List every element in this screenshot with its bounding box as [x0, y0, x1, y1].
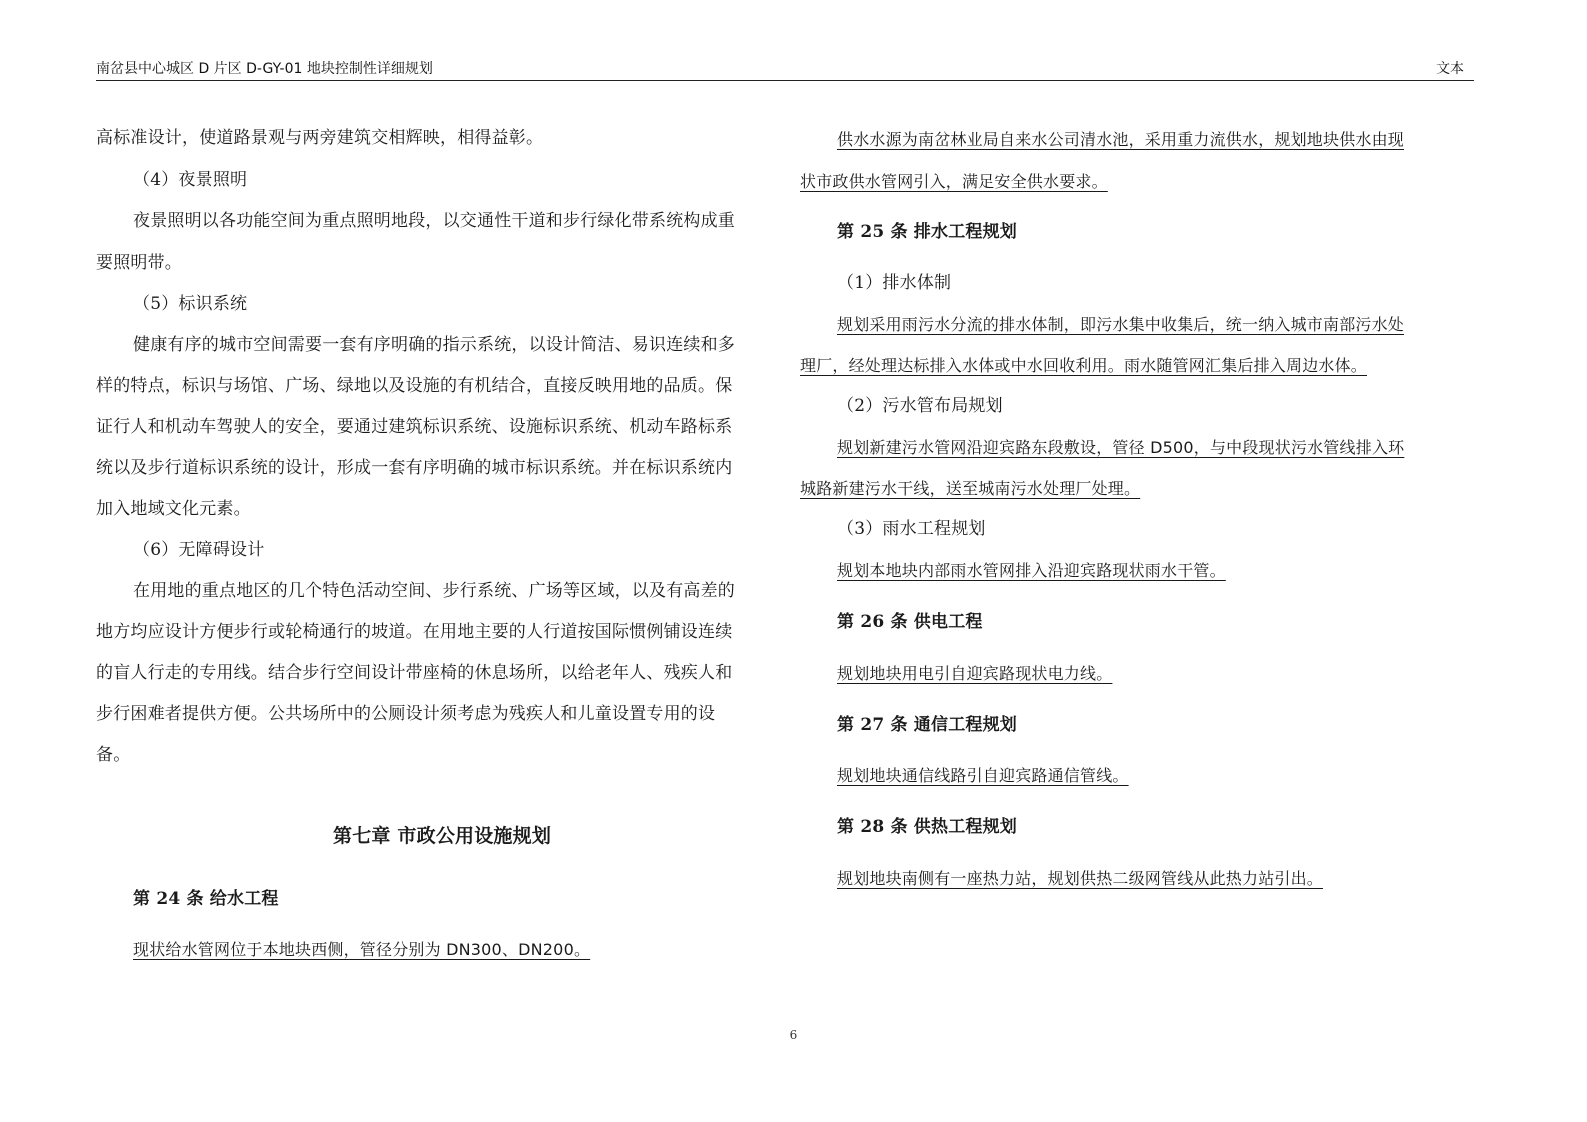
water-source-line: 状市政供水管网引入，满足安全供水要求。 — [800, 170, 1108, 194]
article-25-heading: 第 25 条 排水工程规划 — [837, 220, 1017, 244]
paragraph-line: 证行人和机动车驾驶人的安全，要通过建筑标识系统、设施标识系统、机动车路标系 — [96, 415, 732, 439]
page-header: 南岔县中心城区 D 片区 D-GY-01 地块控制性详细规划 文本 — [96, 56, 1474, 81]
article-26-text: 规划地块用电引自迎宾路现状电力线。 — [837, 662, 1112, 686]
article-26-heading: 第 26 条 供电工程 — [837, 610, 983, 634]
sewage-layout-line: 城路新建污水干线，送至城南污水处理厂处理。 — [800, 477, 1140, 501]
paragraph-line: 的盲人行走的专用线。结合步行空间设计带座椅的休息场所，以给老年人、残疾人和 — [96, 661, 732, 685]
paragraph-line: 在用地的重点地区的几个特色活动空间、步行系统、广场等区域，以及有高差的 — [96, 579, 735, 603]
subheading-accessibility-design: （6）无障碍设计 — [96, 538, 264, 562]
paragraph-line: 要照明带。 — [96, 251, 182, 275]
article-28-text: 规划地块南侧有一座热力站，规划供热二级网管线从此热力站引出。 — [837, 867, 1323, 891]
drainage-system-line: 理厂，经处理达标排入水体或中水回收利用。雨水随管网汇集后排入周边水体。 — [800, 354, 1367, 378]
article-24-text: 现状给水管网位于本地块西侧，管径分别为 DN300、DN200。 — [133, 938, 590, 962]
paragraph-line: 加入地域文化元素。 — [96, 497, 251, 521]
paragraph-line: 统以及步行道标识系统的设计，形成一套有序明确的城市标识系统。并在标识系统内 — [96, 456, 732, 480]
document-section-label: 文本 — [1436, 58, 1464, 78]
article-27-text: 规划地块通信线路引自迎宾路通信管线。 — [837, 764, 1129, 788]
subheading-sewage-layout: （2）污水管布局规划 — [837, 394, 1003, 418]
subheading-rainwater: （3）雨水工程规划 — [837, 517, 986, 541]
page-number: 6 — [0, 1028, 1587, 1042]
subheading-drainage-system: （1）排水体制 — [837, 271, 951, 295]
water-source-line: 供水水源为南岔林业局自来水公司清水池，采用重力流供水，规划地块供水由现 — [837, 128, 1404, 152]
paragraph-line: 夜景照明以各功能空间为重点照明地段，以交通性干道和步行绿化带系统构成重 — [96, 209, 735, 233]
sewage-layout-line: 规划新建污水管网沿迎宾路东段敷设，管径 D500，与中段现状污水管线排入环 — [837, 436, 1404, 460]
article-27-heading: 第 27 条 通信工程规划 — [837, 713, 1017, 737]
rainwater-text: 规划本地块内部雨水管网排入沿迎宾路现状雨水干管。 — [837, 559, 1226, 583]
subheading-night-lighting: （4）夜景照明 — [96, 168, 247, 192]
article-24-heading: 第 24 条 给水工程 — [133, 887, 279, 911]
paragraph-line: 样的特点，标识与场馆、广场、绿地以及设施的有机结合，直接反映用地的品质。保 — [96, 374, 732, 398]
subheading-signage-system: （5）标识系统 — [96, 292, 247, 316]
paragraph-line: 高标准设计，使道路景观与两旁建筑交相辉映，相得益彰。 — [96, 126, 543, 150]
chapter-title: 第七章 市政公用设施规划 — [333, 824, 551, 848]
paragraph-line: 备。 — [96, 743, 130, 767]
document-title: 南岔县中心城区 D 片区 D-GY-01 地块控制性详细规划 — [96, 58, 433, 78]
article-28-heading: 第 28 条 供热工程规划 — [837, 815, 1017, 839]
paragraph-line: 步行困难者提供方便。公共场所中的公厕设计须考虑为残疾人和儿童设置专用的设 — [96, 702, 715, 726]
paragraph-line: 地方均应设计方便步行或轮椅通行的坡道。在用地主要的人行道按国际惯例铺设连续 — [96, 620, 732, 644]
paragraph-line: 健康有序的城市空间需要一套有序明确的指示系统，以设计简洁、易识连续和多 — [96, 333, 735, 357]
drainage-system-line: 规划采用雨污水分流的排水体制，即污水集中收集后，统一纳入城市南部污水处 — [837, 313, 1404, 337]
